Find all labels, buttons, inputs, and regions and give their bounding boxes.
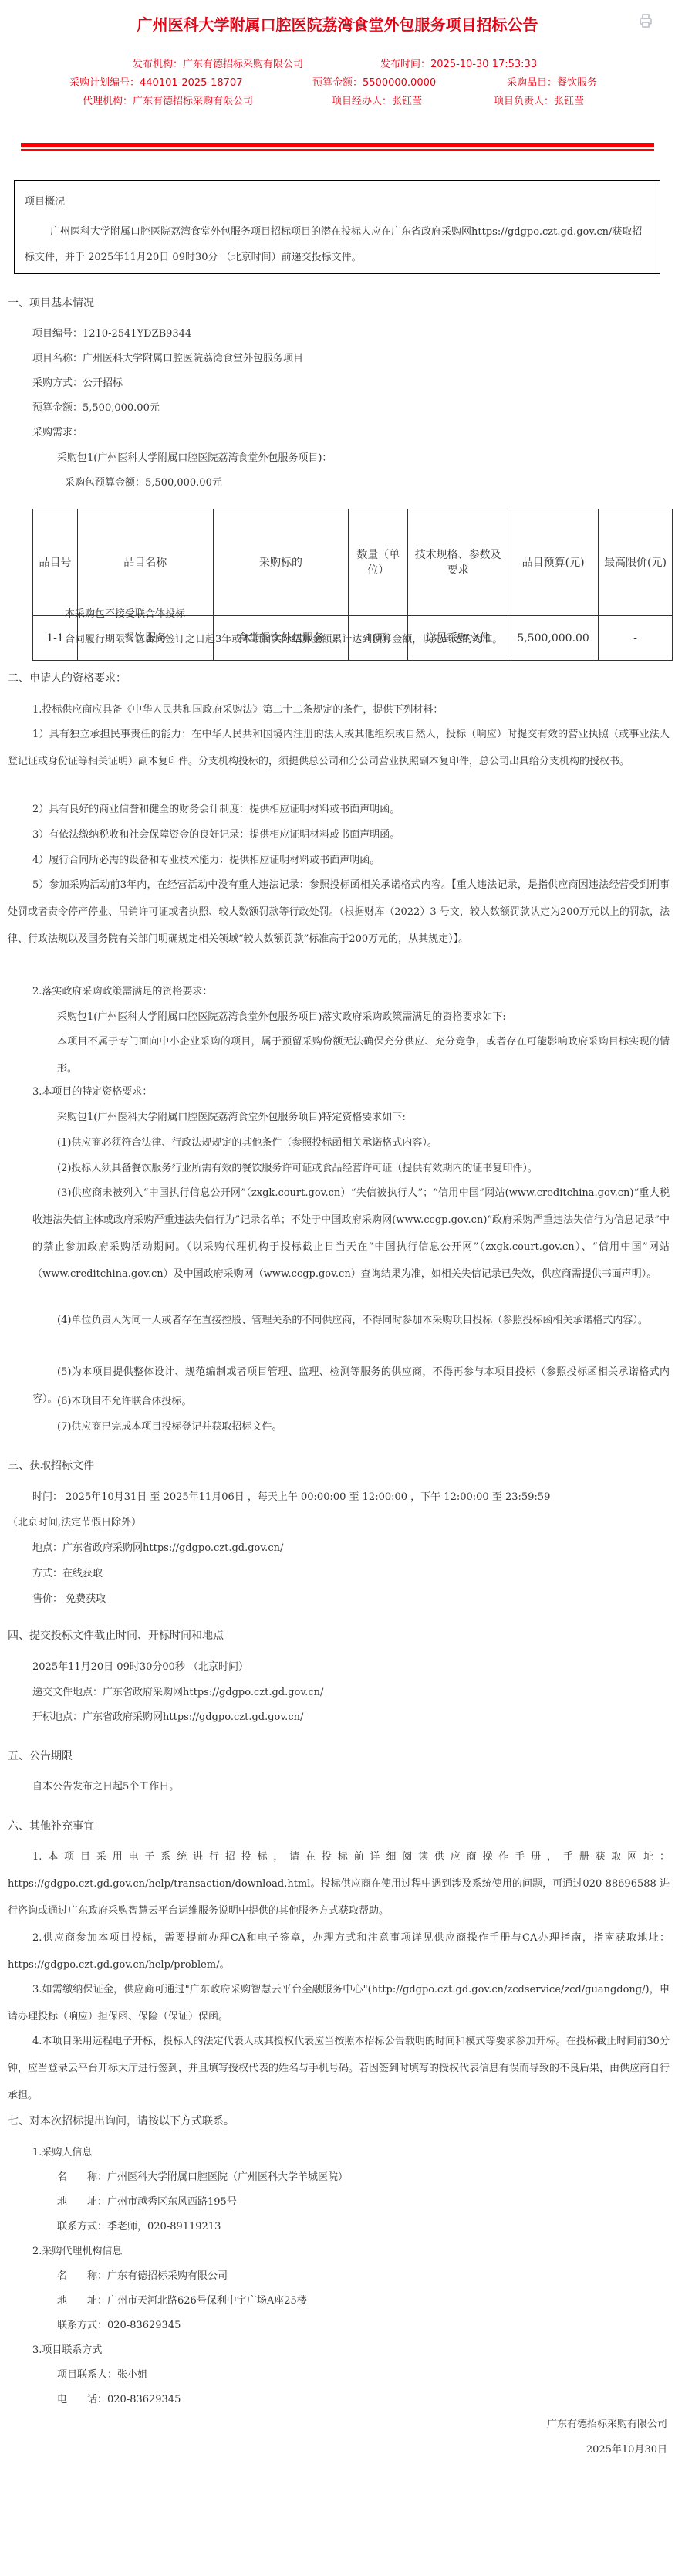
section-7-heading: 七、对本次招标提出询问，请按以下方式联系。 [8, 2114, 235, 2128]
publisher: 发布机构：广东有德招标采购有限公司 [133, 56, 303, 70]
qualification-1-1: 1）具有独立承担民事责任的能力：在中华人民共和国境内注册的法人或其他组织或自然人… [8, 721, 670, 775]
project-summary-box: 项目概况 广州医科大学附属口腔医院荔湾食堂外包服务项目招标项目的潜在投标人应在广… [14, 180, 660, 274]
submission-deadline: 2025年11月20日 09时30分00秒 （北京时间） [32, 1660, 248, 1674]
purchaser-address: 地 址：广州市越秀区东风西路195号 [57, 2195, 237, 2209]
agency: 代理机构：广东有德招标采购有限公司 [83, 93, 253, 107]
qualification-1-4: 4）履行合同所必需的设备和专业技术能力：提供相应证明材料或书面声明函。 [32, 854, 380, 868]
qualification-1-2: 2）具有良好的商业信誉和健全的财务会计制度：提供相应证明材料或书面声明函。 [32, 803, 400, 817]
publish-time: 发布时间：2025-10-30 17:53:33 [380, 56, 537, 70]
col-spec: 技术规格、参数及要求 [408, 509, 508, 616]
footer-date: 2025年10月30日 [586, 2443, 667, 2457]
section-4-heading: 四、提交投标文件截止时间、开标时间和地点 [8, 1629, 224, 1643]
supplement-2: 2.供应商参加本项目投标，需要提前办理CA和电子签章，办理方式和注意事项详见供应… [8, 1924, 670, 1979]
budget-amount: 预算金额：5500000.0000 [312, 74, 436, 89]
section-6-heading: 六、其他补充事宜 [8, 1819, 94, 1833]
package-label: 采购包1(广州医科大学附属口腔医院荔湾食堂外包服务项目)： [57, 452, 332, 465]
demand-label: 采购需求： [32, 426, 83, 440]
obtain-price: 售价： 免费获取 [32, 1593, 106, 1606]
qualification-3: 3.本项目的特定资格要求： [32, 1085, 152, 1099]
contract-period: 合同履行期限：自合同签订之日起3年或本项目实际结算金额累计达到预算金额，以先到达… [65, 633, 502, 647]
qualification-3-7: (7)供应商已完成本项目投标登记并获取招标文件。 [57, 1420, 282, 1434]
project-contact-person: 项目联系人：张小姐 [57, 2368, 147, 2382]
qualification-3-2: (2)投标人须具备餐饮服务行业所需有效的餐饮服务许可证或食品经营许可证（提供有效… [57, 1162, 538, 1176]
header-divider-thick [21, 143, 654, 147]
obtain-time: 时间： 2025年10月31日 至 2025年11月06日 ，每天上午 00:0… [32, 1491, 550, 1505]
no-consortium-note: 本采购包不接受联合体投标 [65, 608, 185, 621]
qualification-2: 2.落实政府采购政策需满足的资格要求： [32, 985, 212, 999]
supplement-1: 1.本项目采用电子系统进行招投标，请在投标前详细阅读供应商操作手册，手册获取网址… [8, 1843, 670, 1924]
qualification-2-text: 本项目不属于专门面向中小企业采购的项目，属于预留采购份额无法确保充分供应、充分竞… [57, 1028, 670, 1082]
supplement-3: 3.如需缴纳保证金，供应商可通过"广东政府采购智慧云平台金融服务中心"(http… [8, 1976, 670, 2030]
qualification-2-package: 采购包1(广州医科大学附属口腔医院荔湾食堂外包服务项目)落实政府采购政策需满足的… [57, 1010, 506, 1024]
agency-address: 地 址：广州市天河北路626号保利中宇广场A座25楼 [57, 2294, 307, 2308]
notice-period: 自本公告发布之日起5个工作日。 [32, 1780, 179, 1794]
qualification-1-3: 3）有依法缴纳税收和社会保障资金的良好记录：提供相应证明材料或书面声明函。 [32, 828, 400, 842]
section-3-heading: 三、获取招标文件 [8, 1459, 94, 1473]
project-contact-phone: 电 话：020-83629345 [57, 2393, 181, 2407]
qualification-3-4: (4)单位负责人为同一人或者存在直接控股、管理关系的不同供应商，不得同时参加本采… [32, 1307, 670, 1334]
qualification-3-package: 采购包1(广州医科大学附属口腔医院荔湾食堂外包服务项目)特定资格要求如下: [57, 1111, 406, 1125]
col-subject: 采购标的 [213, 509, 349, 616]
supplement-4: 4.本项目采用远程电子开标，投标人的法定代表人或其授权代表应当按照本招标公告载明… [8, 2028, 670, 2109]
purchaser-name: 名 称：广州医科大学附属口腔医院（广州医科大学羊城医院） [57, 2171, 348, 2185]
opening-place: 开标地点：广东省政府采购网https://gdgpo.czt.gd.gov.cn… [32, 1711, 303, 1725]
project-number: 项目编号：1210-2541YDZB9344 [32, 327, 191, 341]
agency-contact: 联系方式：020-83629345 [57, 2319, 181, 2333]
col-max-price: 最高限价(元) [599, 509, 673, 616]
obtain-method: 方式：在线获取 [32, 1567, 103, 1581]
table-header-row: 品目号 品目名称 采购标的 数量（单位） 技术规格、参数及要求 品目预算(元) … [33, 509, 673, 616]
project-leader: 项目负责人：张钰莹 [494, 93, 584, 107]
header-divider-thin [21, 149, 654, 151]
obtain-place: 地点：广东省政府采购网https://gdgpo.czt.gd.gov.cn/ [32, 1542, 283, 1555]
obtain-time-note: （北京时间,法定节假日除外） [8, 1516, 141, 1530]
purchaser-contact: 联系方式：季老师，020-89119213 [57, 2220, 221, 2234]
summary-label: 项目概况 [25, 195, 650, 210]
col-item-no: 品目号 [33, 509, 78, 616]
project-handler: 项目经办人：张钰莹 [332, 93, 422, 107]
col-item-name: 品目名称 [77, 509, 213, 616]
budget-line: 预算金额：5,500,000.00元 [32, 401, 160, 415]
qualification-3-6: (6)本项目不允许联合体投标。 [57, 1395, 191, 1409]
qualification-1-5: 5）参加采购活动前3年内，在经营活动中没有重大违法记录：参照投标函相关承诺格式内… [8, 872, 670, 953]
procurement-category: 采购品目：餐饮服务 [507, 74, 597, 89]
announcement-header: 广州医科大学附属口腔医院荔湾食堂外包服务项目招标公告 发布机构：广东有德招标采购… [0, 0, 675, 108]
cell-max-price: - [599, 616, 673, 661]
col-quantity: 数量（单位） [349, 509, 408, 616]
qualification-1: 1.投标供应商应具备《中华人民共和国政府采购法》第二十二条规定的条件，提供下列材… [32, 703, 443, 717]
project-contact-heading: 3.项目联系方式 [32, 2344, 102, 2358]
package-budget: 采购包预算金额：5,500,000.00元 [65, 476, 222, 490]
page-title: 广州医科大学附属口腔医院荔湾食堂外包服务项目招标公告 [0, 12, 675, 35]
purchaser-info-heading: 1.采购人信息 [32, 2146, 92, 2160]
section-2-heading: 二、申请人的资格要求： [8, 672, 127, 685]
agency-name: 名 称：广东有德招标采购有限公司 [57, 2270, 228, 2283]
submission-place: 递交文件地点：广东省政府采购网https://gdgpo.czt.gd.gov.… [32, 1686, 323, 1700]
cell-budget: 5,500,000.00 [508, 616, 599, 661]
printer-icon[interactable] [640, 14, 652, 28]
section-1-heading: 一、项目基本情况 [8, 296, 94, 310]
plan-number: 采购计划编号：440101-2025-18707 [69, 74, 242, 89]
agency-info-heading: 2.采购代理机构信息 [32, 2245, 122, 2259]
footer-company: 广东有德招标采购有限公司 [547, 2418, 667, 2432]
qualification-3-3: (3)供应商未被列入“中国执行信息公开网”（zxgk.court.gov.cn）… [32, 1180, 670, 1288]
procurement-method: 采购方式：公开招标 [32, 377, 123, 391]
qualification-3-1: (1)供应商必须符合法律、行政法规规定的其他条件（参照投标函相关承诺格式内容）。 [57, 1136, 437, 1150]
section-5-heading: 五、公告期限 [8, 1749, 73, 1763]
summary-text: 广州医科大学附属口腔医院荔湾食堂外包服务项目招标项目的潜在投标人应在广东省政府采… [25, 219, 650, 270]
col-budget: 品目预算(元) [508, 509, 599, 616]
project-name: 项目名称：广州医科大学附属口腔医院荔湾食堂外包服务项目 [32, 352, 303, 366]
